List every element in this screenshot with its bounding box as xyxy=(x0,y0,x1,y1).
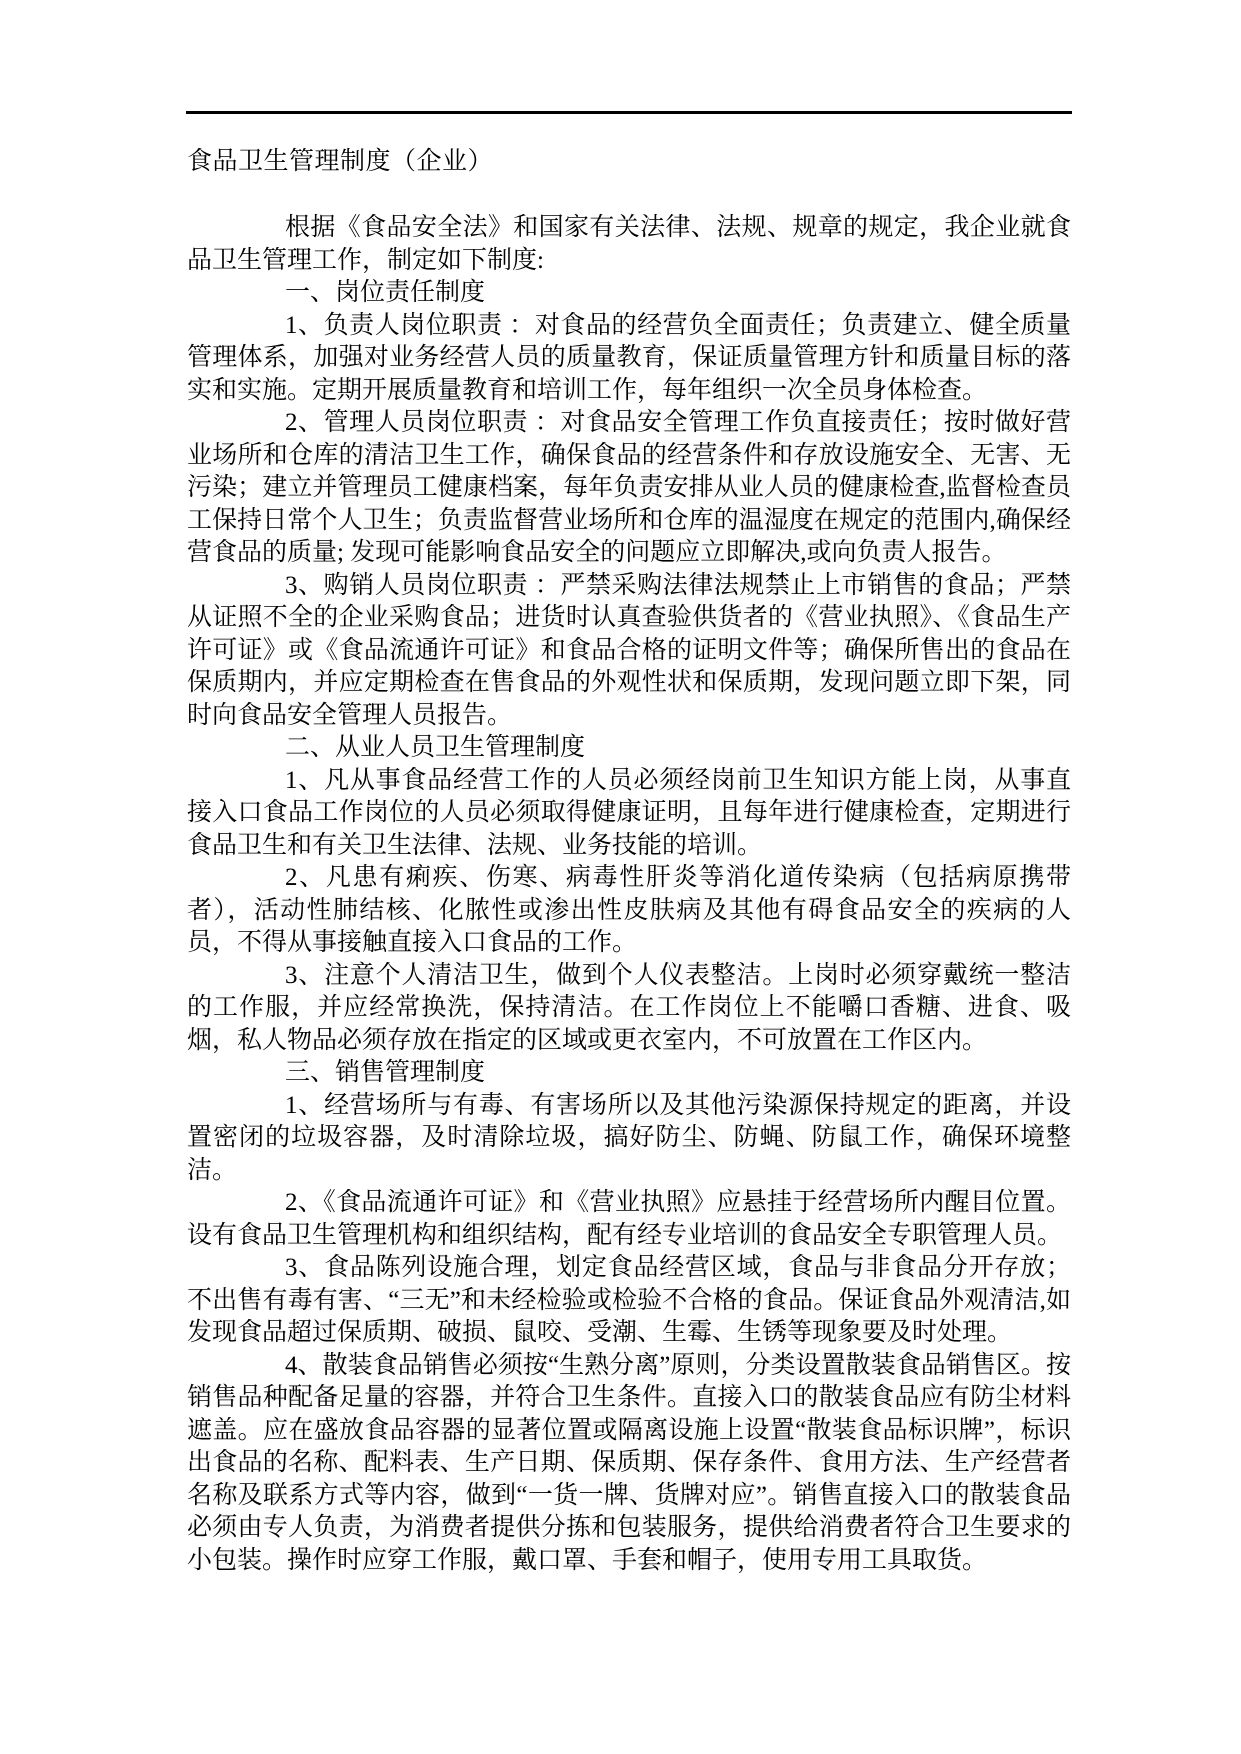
document-paragraph: 2、凡患有痢疾、伤寒、病毒性肝炎等消化道传染病（包括病原携带者），活动性肺结核、… xyxy=(187,862,1071,960)
document-paragraph: 一、岗位责任制度 xyxy=(187,277,1071,310)
document-title: 食品卫生管理制度（企业） xyxy=(187,145,1071,179)
document-paragraph: 3、购销人员岗位职责 ：严禁采购法律法规禁止上市销售的食品；严禁从证照不全的企业… xyxy=(187,570,1071,733)
document-paragraph: 根据《食品安全法》和国家有关法律、法规、规章的规定，我企业就食品卫生管理工作，制… xyxy=(187,212,1071,277)
document-paragraph: 1、凡从事食品经营工作的人员必须经岗前卫生知识方能上岗，从事直接入口食品工作岗位… xyxy=(187,765,1071,863)
document-paragraph: 3、食品陈列设施合理，划定食品经营区域，食品与非食品分开存放；不出售有毒有害、“… xyxy=(187,1252,1071,1350)
document-paragraph: 3、注意个人清洁卫生，做到个人仪表整洁。上岗时必须穿戴统一整洁的工作服，并应经常… xyxy=(187,960,1071,1058)
document-paragraph: 1、经营场所与有毒、有害场所以及其他污染源保持规定的距离，并设置密闭的垃圾容器，… xyxy=(187,1090,1071,1188)
document-paragraph: 4、散装食品销售必须按“生熟分离”原则，分类设置散装食品销售区。按销售品种配备足… xyxy=(187,1350,1071,1578)
document-body: 根据《食品安全法》和国家有关法律、法规、规章的规定，我企业就食品卫生管理工作，制… xyxy=(187,212,1071,1577)
document-paragraph: 二、从业人员卫生管理制度 xyxy=(187,732,1071,765)
document-paragraph: 2、《食品流通许可证》和《营业执照》应悬挂于经营场所内醒目位置。设有食品卫生管理… xyxy=(187,1187,1071,1252)
document-page: 食品卫生管理制度（企业） 根据《食品安全法》和国家有关法律、法规、规章的规定，我… xyxy=(0,0,1241,1754)
document-paragraph: 2、管理人员岗位职责 ：对食品安全管理工作负直接责任；按时做好营业场所和仓库的清… xyxy=(187,407,1071,570)
document-paragraph: 三、销售管理制度 xyxy=(187,1057,1071,1090)
document-paragraph: 1、负责人岗位职责 ：对食品的经营负全面责任；负责建立、健全质量管理体系，加强对… xyxy=(187,310,1071,408)
header-rule xyxy=(186,111,1072,114)
